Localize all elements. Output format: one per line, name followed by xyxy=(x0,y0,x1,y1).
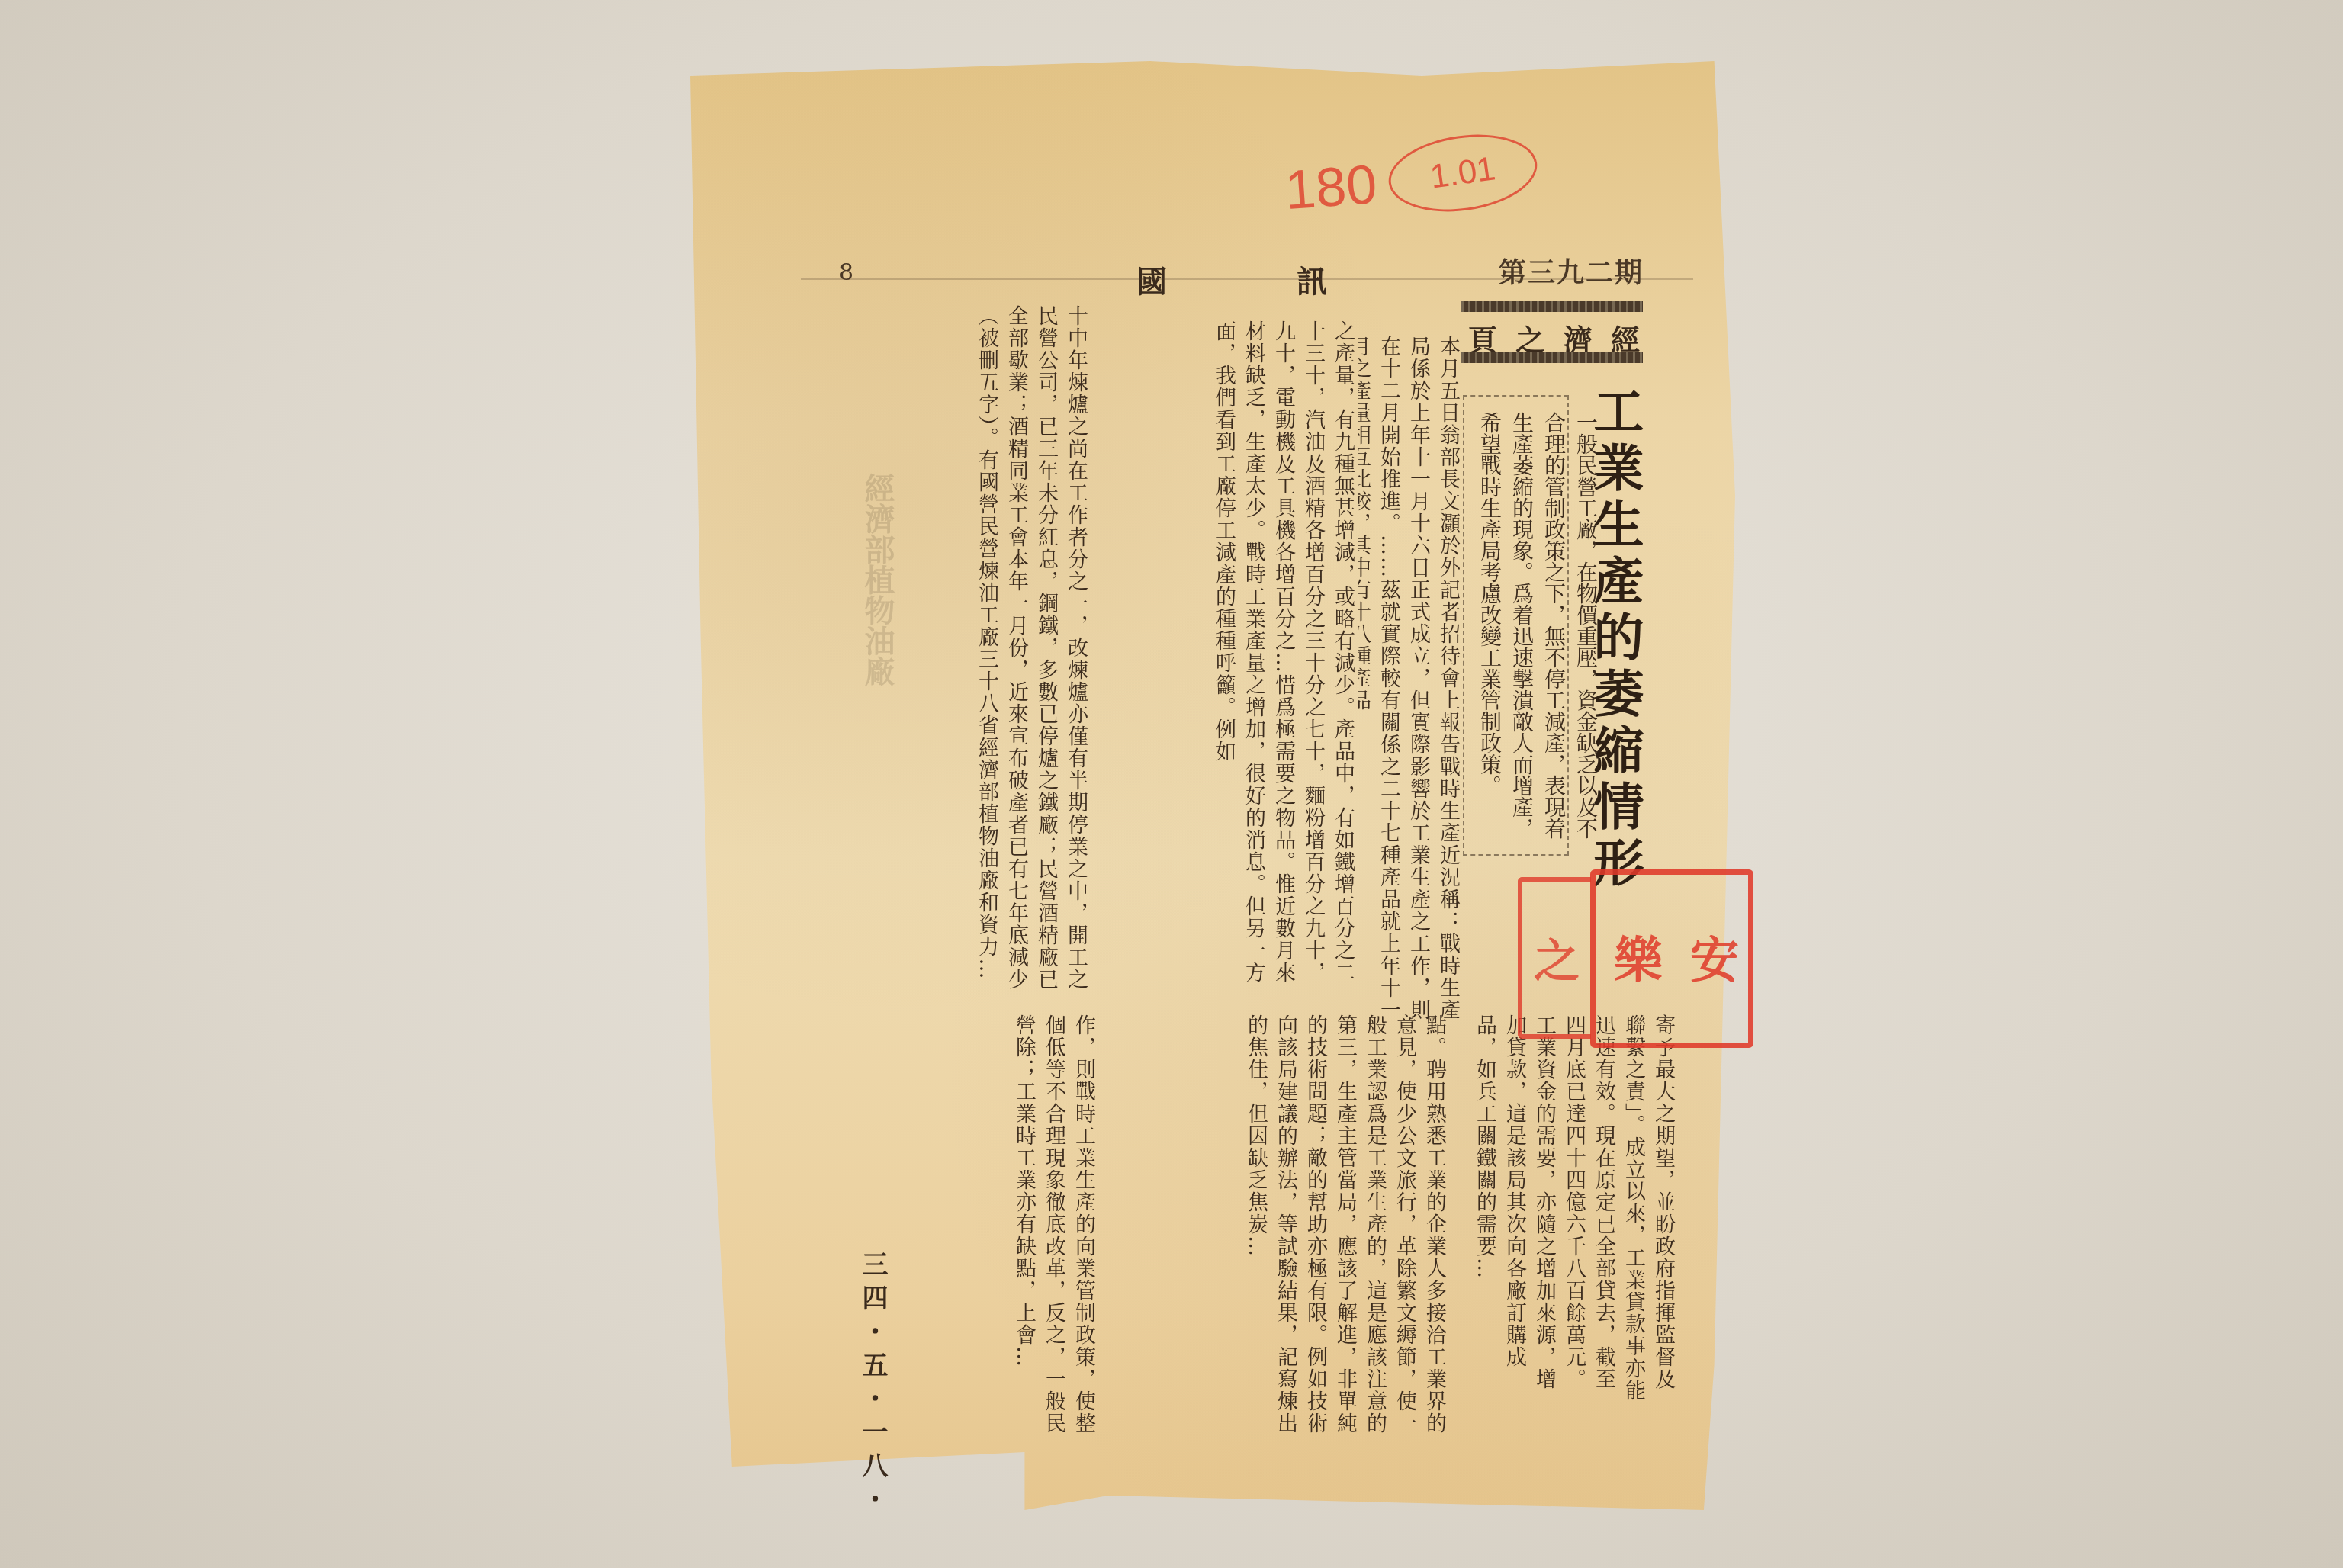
red-seal-stamp: 樂 安 xyxy=(1590,869,1753,1048)
page-number: 8 xyxy=(839,259,853,286)
body-text-block: 點。聘用熟悉工業的企業人多接洽工業界的意見，使少公文旅行，革除繁文縟節，使一般工… xyxy=(1098,1014,1449,1441)
header-rule xyxy=(801,278,1693,280)
body-text-block: 本月五日翁部長文灝於外記者招待會上報告戰時生產近況稱：戰時生產局係於上年十一月十… xyxy=(1358,336,1463,1022)
seal-char: 安 xyxy=(1686,934,1734,983)
section-bar-bottom xyxy=(1461,352,1643,363)
issue-number: 第三九二期 xyxy=(1499,252,1644,291)
seal-char: 樂 xyxy=(1609,934,1658,983)
bleed-through-text: 經濟部植物油廠 xyxy=(808,473,900,1159)
seal-partial-left: 之 xyxy=(1518,877,1591,1039)
body-text-block: 之產量，有九種無甚增減，或略有減少。產品中，有如鐵增百分之二十三十，汽油及酒精各… xyxy=(1091,320,1358,991)
pencil-annotation: 180 xyxy=(1283,153,1379,222)
body-text-block: 作，則戰時工業生產的向業管制政策，使整個低等不合理現象徹底改革，反之，一般民營除… xyxy=(885,1014,1098,1441)
body-text-block: 寄予最大之期望，並盼政府指揮監督及聯繫之責」。成立以來，工業貸款事亦能迅速有效。… xyxy=(1449,1014,1678,1411)
article-subtitle: 一般民營工廠，在物價重壓，資金缺乏以及不合理的管制政策之下，無不停工減產，表現着… xyxy=(1474,412,1602,839)
seal-char: 之 xyxy=(1534,925,1580,991)
article-date: 三四・五・一八・ xyxy=(854,1251,892,1519)
circled-annotation-text: 1.01 xyxy=(1428,149,1498,196)
section-bar-top xyxy=(1461,301,1643,312)
